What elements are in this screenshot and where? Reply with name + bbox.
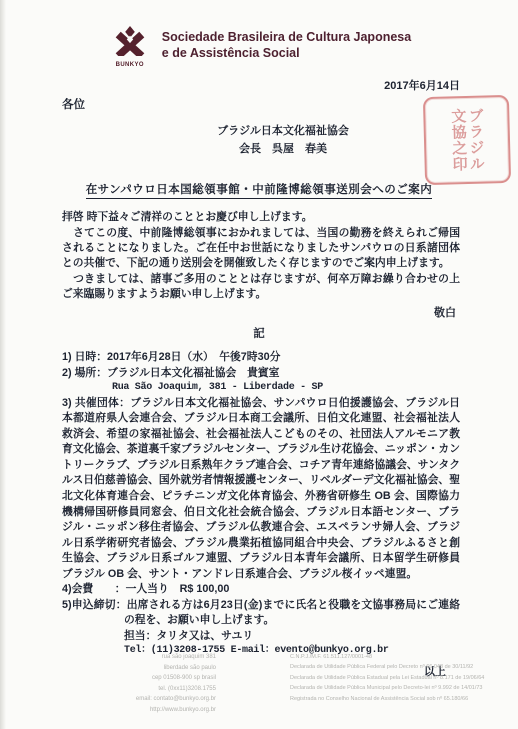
organization-name-line2: e de Assistência Social xyxy=(162,45,411,61)
letterhead: BUNKYO Sociedade Brasileira de Cultura J… xyxy=(0,0,518,68)
seal-text: ブラジル文協之印 xyxy=(449,108,485,173)
footer-line: tel. (0xx11)3208.1755 xyxy=(84,684,216,695)
sender-organization: ブラジル日本文化福祉協会 xyxy=(178,122,388,140)
detail-contact-person: 担当：タリタ又は、サユリ xyxy=(124,629,460,645)
logo-caption: BUNKYO xyxy=(107,62,153,68)
footer-line: liberdade são paulo xyxy=(84,663,216,674)
bunkyo-logo: BUNKYO xyxy=(107,26,153,68)
organization-name-line1: Sociedade Brasileira de Cultura Japonesa xyxy=(162,29,411,45)
footer-line: email: contato@bunkyo.org.br xyxy=(84,694,216,705)
closing-keihaku: 敬白 xyxy=(0,304,456,320)
detail-deadline-label: 5)申込締切： xyxy=(62,599,127,611)
footer-line: Declarada de Utilidade Pública Estadual … xyxy=(290,673,515,683)
sender-president: 会長 呉屋 春美 xyxy=(178,140,388,158)
footer-line: http://www.bunkyo.org.br xyxy=(84,705,216,716)
detail-address: Rua São Joaquim, 381 - Liberdade - SP xyxy=(112,381,460,395)
body-paragraph-1: さてこの度、中前隆博総領事におかれましては、当国の勤務を終えられご帰国されること… xyxy=(62,226,460,272)
detail-place: 2) 場所：ブラジル日本文化福祉協会 貴賓室 xyxy=(62,366,460,382)
footer-line: Declarada de Utilidade Pública Municipal… xyxy=(290,683,515,693)
detail-cohosts-label: 3) 共催団体： xyxy=(62,397,130,409)
detail-datetime: 1) 日時：2017年6月28日（水） 午後7時30分 xyxy=(62,350,460,366)
salutation: 拝啓 時下益々ご清祥のこととお慶び申し上げます。 xyxy=(62,210,460,225)
footer-line: rua são joaquim 381 xyxy=(84,652,216,663)
body-paragraph-2: つきましては、諸事ご多用のこととは存じますが、何卒万障お繰り合わせの上ご来臨賜り… xyxy=(62,272,460,303)
footer-address-column: rua são joaquim 381 liberdade são paulo … xyxy=(84,652,216,715)
footer-legal-column: C.N.P.J./M.F. 61.511.127/0001-48 Declara… xyxy=(290,652,515,715)
red-seal-stamp: ブラジル文協之印 xyxy=(423,95,511,185)
footer-line: cep 01508-900 sp brasil xyxy=(84,673,216,684)
event-details: 1) 日時：2017年6月28日（水） 午後7時30分 2) 場所：ブラジル日本… xyxy=(62,350,460,659)
bunkyo-mark-icon xyxy=(113,26,147,56)
record-marker: 記 xyxy=(0,325,518,341)
scanned-letter-page: BUNKYO Sociedade Brasileira de Cultura J… xyxy=(0,0,518,729)
letterhead-footer: rua são joaquim 381 liberdade são paulo … xyxy=(0,652,518,715)
detail-fee: 4)会費 ：一人当り R$ 100,00 xyxy=(62,582,460,598)
organization-name: Sociedade Brasileira de Cultura Japonesa… xyxy=(162,26,411,62)
detail-cohosts: 3) 共催団体：ブラジル日本文化福祉協会、サンパウロ日伯援護協会、ブラジル日本都… xyxy=(62,396,460,583)
detail-cohosts-text: ブラジル日本文化福祉協会、サンパウロ日伯援護協会、ブラジル日本都道府県人会連合会… xyxy=(62,397,460,580)
document-date: 2017年6月14日 xyxy=(0,77,518,93)
sender-block: ブラジル日本文化福祉協会 会長 呉屋 春美 xyxy=(178,122,388,158)
detail-deadline: 5)申込締切：出席される方は6月23日(金)までに氏名と役職を文協事務局にご連絡… xyxy=(62,598,460,629)
footer-line: Registrada no Conselho Nacional de Assis… xyxy=(290,694,515,704)
detail-deadline-text: 出席される方は6月23日(金)までに氏名と役職を文協事務局にご連絡の程を、お願い… xyxy=(124,599,460,627)
letter-body: 拝啓 時下益々ご清祥のこととお慶び申し上げます。 さてこの度、中前隆博総領事にお… xyxy=(62,210,460,302)
footer-line: C.N.P.J./M.F. 61.511.127/0001-48 xyxy=(290,652,515,662)
footer-line: Declarada de Utilidade Pública Federal p… xyxy=(290,662,515,672)
page-title: 在サンパウロ日本国総領事館・中前隆博総領事送別会へのご案内 xyxy=(86,181,433,199)
